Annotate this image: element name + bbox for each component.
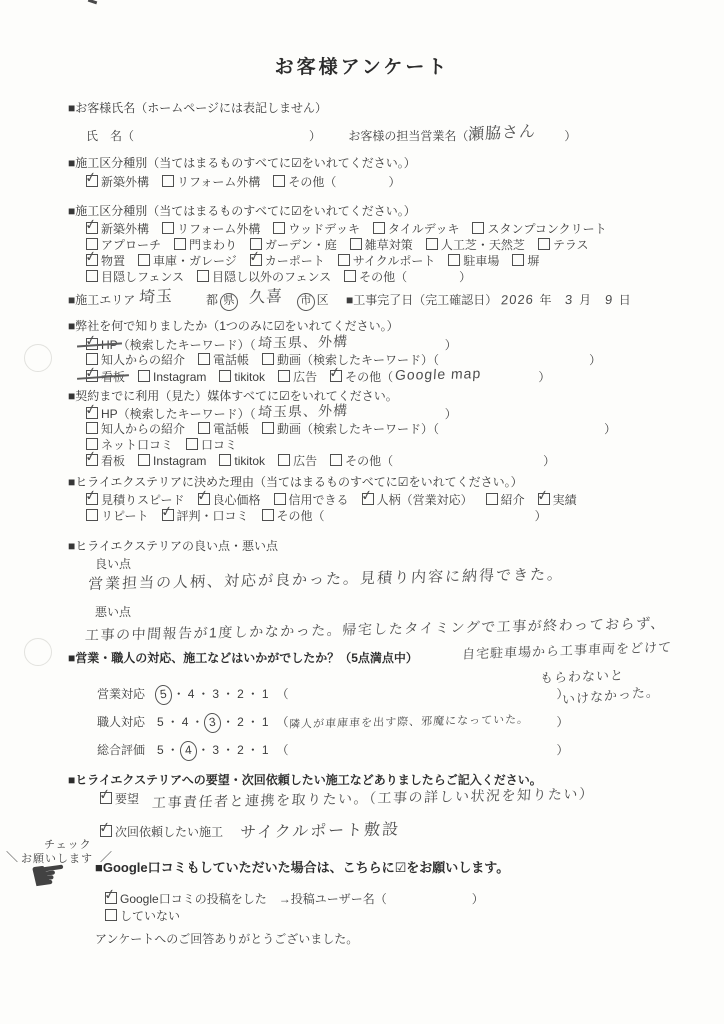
sales-close-label: ）: [564, 129, 576, 144]
rating-label: 総合評価: [97, 743, 145, 758]
checkbox-label: 看板: [101, 454, 125, 469]
scan-artifact: [88, 0, 97, 4]
rating-comment: [289, 692, 557, 698]
checkbox: [338, 254, 350, 266]
paren-close: ）: [557, 687, 569, 702]
checked-checkbox: [86, 493, 98, 505]
request-handwritten: 工事責任者と連携を取りたい。（工事の詳しい状況を知りたい）: [152, 785, 596, 812]
handwritten-entry: 埼玉県、外構: [257, 402, 348, 421]
good-point-label: 良い点: [95, 557, 131, 572]
option-text: ）: [445, 407, 457, 422]
dot-separator: ・: [247, 687, 259, 702]
checkbox: [426, 238, 438, 250]
option: tikitok: [219, 453, 265, 469]
option-text: （: [381, 454, 393, 469]
checkbox-label: 実績: [553, 493, 577, 508]
google-review-header: ■Google口コミもしていただいた場合は、こちらに☑をお願いします。: [95, 860, 509, 876]
day-unit: 日: [619, 293, 631, 308]
checkbox-item: 門まわり: [174, 237, 237, 253]
option: 良心価格: [198, 492, 261, 508]
year-unit: 年: [540, 293, 552, 308]
source-row3: 看板Instagramtikitok広告その他（Google map）: [86, 368, 563, 386]
checkbox-label: 紹介: [501, 493, 525, 508]
option-text: →投稿ユーザー名（: [267, 892, 387, 907]
checkbox-item: 看板: [86, 369, 125, 385]
checkbox-item: その他（）: [262, 508, 547, 524]
sales-open-label: お客様の担当営業名（: [348, 129, 468, 144]
name-close-label: ）: [309, 129, 321, 144]
checkbox-item: していない: [105, 908, 180, 924]
checkbox-label: 電話帳: [213, 353, 249, 368]
day-handwritten: 9: [604, 292, 613, 308]
checkbox-item: 新築外構: [86, 174, 149, 190]
checkbox-label: 人工芝・天然芝: [441, 238, 525, 253]
media-row4: 看板Instagramtikitok広告その他（）: [86, 453, 568, 469]
checkbox-item: サイクルポート: [338, 253, 436, 269]
dot-separator: ・: [167, 743, 179, 758]
ku-label: 区: [317, 293, 329, 308]
checkbox-label: 要望: [115, 792, 139, 807]
option: その他（: [273, 174, 336, 190]
score: 2: [235, 714, 246, 731]
option-text: ）: [589, 353, 601, 368]
category2-row1: 新築外構リフォーム外構ウッドデッキタイルデッキスタンプコンクリート: [86, 221, 620, 237]
name-open-label: 氏 名（: [86, 129, 134, 144]
checkbox: [274, 493, 286, 505]
checkbox-label: Instagram: [153, 370, 206, 385]
checkbox-item: 紹介: [486, 492, 525, 508]
checkbox-item: 駐車場: [448, 253, 499, 269]
checkbox-item: 広告: [278, 369, 317, 385]
bad-point-overflow-1: 自宅駐車場から工事車両をどけて: [462, 639, 673, 663]
option: その他: [330, 369, 381, 385]
category2-header: ■施工区分種別（当てはまるものすべてに☑をいれてください。）: [68, 204, 416, 219]
checkbox-label: 評判・口コミ: [177, 509, 249, 524]
checkbox: [262, 509, 274, 521]
checked-checkbox: [86, 175, 98, 187]
checkbox-item: 動画（検索したキーワード）（）: [262, 421, 616, 437]
request-row1: 要望 工事責任者と連携を取りたい。（工事の詳しい状況を知りたい）: [100, 790, 595, 808]
checkbox: [186, 438, 198, 450]
checkbox: [278, 370, 290, 382]
option: 電話帳: [198, 421, 249, 437]
dot-separator: ・: [222, 715, 234, 730]
option: 塀: [512, 253, 539, 269]
checkbox: [262, 422, 274, 434]
option: 広告: [278, 369, 317, 385]
score: 1: [260, 686, 271, 703]
option: 動画: [262, 352, 301, 368]
option: ネット口コミ: [86, 437, 173, 453]
checkbox-item: テラス: [538, 237, 589, 253]
checkbox-label: していない: [120, 909, 180, 924]
checkbox-label: リフォーム外構: [177, 175, 260, 190]
option-text: ）: [388, 175, 400, 190]
checked-checkbox: [86, 370, 98, 382]
source-header: ■弊社を何で知りましたか（1つのみに☑をいれてください。）: [68, 319, 399, 334]
score: 2: [235, 686, 246, 703]
option: リフォーム外構: [162, 221, 260, 237]
checkbox-item: 車庫・ガレージ: [138, 253, 237, 269]
customer-name-header: ■お客様氏名（ホームページには表記しません）: [68, 101, 327, 116]
checkbox-label: tikitok: [234, 370, 265, 385]
checked-checkbox: [162, 509, 174, 521]
option: Google口コミの投稿をした: [105, 891, 267, 907]
checkbox-label: その他: [345, 370, 381, 385]
google-row1: Google口コミの投稿をした →投稿ユーザー名（）: [105, 891, 497, 907]
checkbox: [100, 825, 112, 837]
circled-score: 3: [203, 712, 222, 734]
dot-separator: ・: [222, 687, 234, 702]
checkbox-item: 電話帳: [198, 421, 249, 437]
google-row2: していない: [105, 908, 193, 924]
checkbox-item: 口コミ: [186, 437, 237, 453]
option-text: ）: [543, 454, 555, 469]
option: 信用できる: [274, 492, 349, 508]
dot-separator: ・: [247, 715, 259, 730]
media-row3: ネット口コミ口コミ: [86, 437, 250, 453]
ken-circled: 県: [219, 292, 238, 311]
checkbox: [273, 175, 285, 187]
option-text: （: [381, 370, 393, 385]
checkbox-item: 物置: [86, 253, 125, 269]
checkbox-label: 口コミ: [201, 438, 237, 453]
option-text: （検索したキーワード）（: [118, 407, 256, 422]
checkbox-item: 雑草対策: [350, 237, 413, 253]
option: 次回依頼したい施工: [100, 824, 223, 840]
checkbox-label: ウッドデッキ: [288, 222, 360, 237]
checkbox-item: 知人からの紹介: [86, 421, 185, 437]
media-row1: HP（検索したキーワード）（埼玉県、外構）: [86, 405, 470, 423]
checkbox-label: 次回依頼したい施工: [115, 825, 223, 840]
option: 車庫・ガレージ: [138, 253, 237, 269]
checkbox-item: tikitok: [219, 369, 265, 385]
checked-checkbox: [362, 493, 374, 505]
checkbox-label: 物置: [101, 254, 125, 269]
checkbox-item: tikitok: [219, 453, 265, 469]
category1-row: 新築外構リフォーム外構その他（）: [86, 174, 413, 190]
checkbox-label: その他（: [277, 509, 325, 524]
option-text: （検索したキーワード）（: [301, 422, 439, 437]
checkbox: [512, 254, 524, 266]
checkbox-label: Instagram: [153, 454, 206, 469]
option: 新築外構: [86, 221, 149, 237]
checkbox-item: 電話帳: [198, 352, 249, 368]
checkbox-label: ネット口コミ: [101, 438, 173, 453]
source-row1: HP（検索したキーワード）（埼玉県、外構）: [86, 336, 470, 354]
to-label: 都: [206, 293, 218, 308]
category2-row2: アプローチ門まわりガーデン・庭雑草対策人工芝・天然芝テラス: [86, 237, 601, 253]
checkbox-item: カーポート: [250, 253, 325, 269]
checkbox-label: サイクルポート: [353, 254, 436, 269]
sales-name-handwritten: 瀬脇さん: [468, 122, 537, 146]
option: 人柄（営業対応）: [362, 492, 473, 508]
checkbox-label: 広告: [293, 454, 317, 469]
option: 電話帳: [198, 352, 249, 368]
checkbox-item: リフォーム外構: [162, 174, 260, 190]
option: サイクルポート: [338, 253, 436, 269]
checkbox: [197, 270, 209, 282]
checkbox-item: 目隠しフェンス: [86, 269, 184, 285]
checkbox: [86, 422, 98, 434]
page-title: お客様アンケート: [0, 56, 724, 80]
good-point-handwritten: 営業担当の人柄、対応が良かった。見積り内容に納得できた。: [87, 566, 564, 595]
checkbox: [138, 454, 150, 466]
reason-header: ■ヒライエクステリアに決めた理由（当てはまるものすべてに☑をいれてください。）: [68, 475, 523, 490]
category2-row4: 目隠しフェンス目隠し以外のフェンスその他（）: [86, 269, 484, 285]
checked-checkbox: [86, 407, 98, 419]
checkbox: [219, 454, 231, 466]
completion-date-label: ■工事完了日（完工確認日）: [346, 293, 497, 308]
option-text: ）: [604, 422, 616, 437]
checkbox: [486, 493, 498, 505]
option-text: ）: [472, 892, 484, 907]
checkbox: [86, 270, 98, 282]
request-row2: 次回依頼したい施工 サイクルポート敷設: [100, 822, 400, 842]
checkbox-label: タイルデッキ: [388, 222, 460, 237]
area-label: ■施工エリア: [68, 293, 135, 308]
option: 門まわり: [174, 237, 237, 253]
rating-row-sales: 営業対応5・4・3・2・1（）: [97, 685, 569, 705]
paren-close: ）: [557, 743, 569, 758]
dot-separator: ・: [222, 743, 234, 758]
option-text: ）: [538, 370, 550, 385]
checkbox-item: リフォーム外構: [162, 221, 260, 237]
checkbox-item: 知人からの紹介: [86, 352, 185, 368]
score: 3: [210, 742, 221, 759]
checkbox-label: その他: [345, 454, 381, 469]
option: 新築外構: [86, 174, 149, 190]
month-handwritten: 3: [564, 292, 573, 308]
option: スタンプコンクリート: [472, 221, 606, 237]
checkbox: [198, 353, 210, 365]
checkbox: [174, 238, 186, 250]
rating-label: 営業対応: [97, 687, 145, 702]
checkbox: [138, 370, 150, 382]
checked-checkbox: [86, 254, 98, 266]
scanned-survey-page: お客様アンケート ■お客様氏名（ホームページには表記しません） 氏 名（） お客…: [0, 0, 724, 1024]
checkbox-label: 新築外構: [101, 175, 149, 190]
checkbox-item: 評判・口コミ: [162, 508, 249, 524]
source-row2: 知人からの紹介電話帳動画（検索したキーワード）（）: [86, 352, 614, 368]
checkbox-item: Instagram: [138, 369, 206, 385]
option: アプローチ: [86, 237, 161, 253]
checkbox: [162, 222, 174, 234]
option: テラス: [538, 237, 589, 253]
checkbox: [198, 422, 210, 434]
checked-checkbox: [86, 222, 98, 234]
bad-point-label: 悪い点: [95, 605, 131, 620]
area-prefecture-handwritten: 埼玉: [138, 287, 173, 309]
checkbox-label: 車庫・ガレージ: [153, 254, 237, 269]
checkbox-item: ウッドデッキ: [273, 221, 360, 237]
option: その他（: [344, 269, 407, 285]
checkbox-label: テラス: [553, 238, 589, 253]
score: 5: [155, 742, 166, 759]
checkbox: [105, 909, 117, 921]
checkbox-label: 電話帳: [213, 422, 249, 437]
checkbox-label: HP: [101, 338, 118, 353]
option: 駐車場: [448, 253, 499, 269]
option: ガーデン・庭: [250, 237, 337, 253]
option: 紹介: [486, 492, 525, 508]
checkbox: [538, 238, 550, 250]
checked-checkbox: [538, 493, 550, 505]
option: 広告: [278, 453, 317, 469]
circled-score: 5: [154, 684, 173, 706]
checkbox-item: 広告: [278, 453, 317, 469]
score: 2: [235, 742, 246, 759]
pointing-hand-icon: ☛: [27, 852, 70, 899]
checkbox-item: 人柄（営業対応）: [362, 492, 473, 508]
checkbox-item: HP（検索したキーワード）（埼玉県、外構）: [86, 405, 457, 423]
option: 知人からの紹介: [86, 421, 185, 437]
paren-open: （: [277, 715, 289, 730]
option-text: ）: [535, 509, 547, 524]
dot-separator: ・: [197, 743, 209, 758]
checkbox-label: スタンプコンクリート: [487, 222, 606, 237]
option: 評判・口コミ: [162, 508, 249, 524]
thanks-message: アンケートへのご回答ありがとうございました。: [95, 932, 358, 947]
checkbox-label: 塀: [527, 254, 539, 269]
option: リフォーム外構: [162, 174, 260, 190]
option: 口コミ: [186, 437, 237, 453]
option: 物置: [86, 253, 125, 269]
checkbox: [273, 222, 285, 234]
checkbox-label: カーポート: [265, 254, 325, 269]
score: 4: [186, 686, 197, 703]
option: タイルデッキ: [373, 221, 460, 237]
circled-score: 4: [179, 740, 198, 762]
option: していない: [105, 908, 180, 924]
checkbox-label: 雑草対策: [365, 238, 413, 253]
handwritten-entry: 埼玉県、外構: [257, 333, 348, 352]
checkbox-item: 看板: [86, 453, 125, 469]
option: HP: [86, 406, 118, 422]
option: tikitok: [219, 369, 265, 385]
checkbox-item: スタンプコンクリート: [472, 221, 606, 237]
option: 実績: [538, 492, 577, 508]
checkbox-label: 駐車場: [463, 254, 499, 269]
checkbox: [262, 353, 274, 365]
option-text: ）: [459, 270, 471, 285]
option: 要望: [100, 791, 139, 807]
checkbox: [373, 222, 385, 234]
checkbox-item: タイルデッキ: [373, 221, 460, 237]
checkbox-item: その他（）: [330, 453, 555, 469]
checkbox-label: 新築外構: [101, 222, 149, 237]
checkbox-label: 信用できる: [289, 493, 349, 508]
customer-name-row: 氏 名（） お客様の担当営業名（瀬脇さん）: [86, 126, 576, 146]
option-text: ）: [445, 338, 457, 353]
option: その他（: [262, 508, 325, 524]
category1-header: ■施工区分種別（当てはまるものすべてに☑をいれてください。）: [68, 156, 416, 171]
checkbox-item: ガーデン・庭: [250, 237, 337, 253]
checkbox-label: その他（: [288, 175, 336, 190]
checkbox: [100, 792, 112, 804]
checkbox-label: リフォーム外構: [177, 222, 260, 237]
checkbox: [86, 509, 98, 521]
checkbox-label: その他（: [359, 270, 407, 285]
score: 1: [260, 714, 271, 731]
checkbox-label: 知人からの紹介: [101, 422, 185, 437]
checkbox-item: リピート: [86, 508, 149, 524]
score: 3: [210, 686, 221, 703]
bad-point-handwritten: 工事の中間報告が1度しかなかった。帰宅したタイミングで工事が終わっておらず、: [84, 615, 666, 645]
request-header: ■ヒライエクステリアへの要望・次回依頼したい施工などありましたらご記入ください。: [68, 773, 542, 788]
ratings-header: ■営業・職人の対応、施工などはいかがでしたか？（5点満点中）: [68, 651, 418, 666]
checkbox-item: 良心価格: [198, 492, 261, 508]
option: その他: [330, 453, 381, 469]
checkbox-label: Google口コミの投稿をした: [120, 892, 267, 907]
checkbox-label: リピート: [101, 509, 149, 524]
checked-checkbox: [86, 338, 98, 350]
checkbox-item: 塀: [512, 253, 539, 269]
category2-row3: 物置車庫・ガレージカーポートサイクルポート駐車場塀: [86, 253, 552, 269]
dot-separator: ・: [247, 743, 259, 758]
hole-punch-mark: [24, 344, 52, 372]
checkbox-item: HP（検索したキーワード）（埼玉県、外構）: [86, 336, 457, 354]
media-row2: 知人からの紹介電話帳動画（検索したキーワード）（）: [86, 421, 629, 437]
checkbox-item: 人工芝・天然芝: [426, 237, 525, 253]
checked-checkbox: [330, 370, 342, 382]
checkbox-item: その他（）: [344, 269, 471, 285]
checkbox-item: 信用できる: [274, 492, 349, 508]
option: 雑草対策: [350, 237, 413, 253]
option: リピート: [86, 508, 149, 524]
rating-label: 職人対応: [97, 715, 145, 730]
checkbox: [350, 238, 362, 250]
option: 看板: [86, 453, 125, 469]
checkbox: [344, 270, 356, 282]
paren-open: （: [277, 687, 289, 702]
checkbox: [330, 454, 342, 466]
option-text: （検索したキーワード）（: [118, 338, 256, 353]
checkbox-label: 見積りスピード: [101, 493, 185, 508]
checked-checkbox: [198, 493, 210, 505]
option: 知人からの紹介: [86, 352, 185, 368]
checkbox: [162, 175, 174, 187]
dot-separator: ・: [167, 715, 179, 730]
option: 人工芝・天然芝: [426, 237, 525, 253]
checkbox-label: HP: [101, 407, 118, 422]
struck-option: HP: [86, 337, 118, 353]
checkbox: [278, 454, 290, 466]
paren-close: ）: [557, 715, 569, 730]
rating-row-craftsman: 職人対応5・4・3・2・1（隣人が車庫車を出す際、邪魔になっていた。）: [97, 713, 569, 733]
checkbox-label: 知人からの紹介: [101, 353, 185, 368]
year-handwritten: 2026: [500, 292, 534, 309]
bad-point-overflow-2: もらわないと: [540, 668, 625, 687]
option: 動画: [262, 421, 301, 437]
checkbox-label: 良心価格: [213, 493, 261, 508]
checkbox-label: 目隠しフェンス: [101, 270, 184, 285]
checkbox: [138, 254, 150, 266]
checkbox-label: ガーデン・庭: [265, 238, 337, 253]
checkbox-label: 目隠し以外のフェンス: [212, 270, 331, 285]
rating-comment: [289, 748, 557, 754]
checked-checkbox: [250, 254, 262, 266]
checked-checkbox: [86, 454, 98, 466]
checkbox-label: 動画: [277, 353, 301, 368]
checkbox-label: 門まわり: [189, 238, 237, 253]
score: 5: [155, 714, 166, 731]
dot-separator: ・: [191, 715, 203, 730]
option: カーポート: [250, 253, 325, 269]
checkbox-item: 実績: [538, 492, 577, 508]
checkbox: [472, 222, 484, 234]
option: 目隠しフェンス: [86, 269, 184, 285]
